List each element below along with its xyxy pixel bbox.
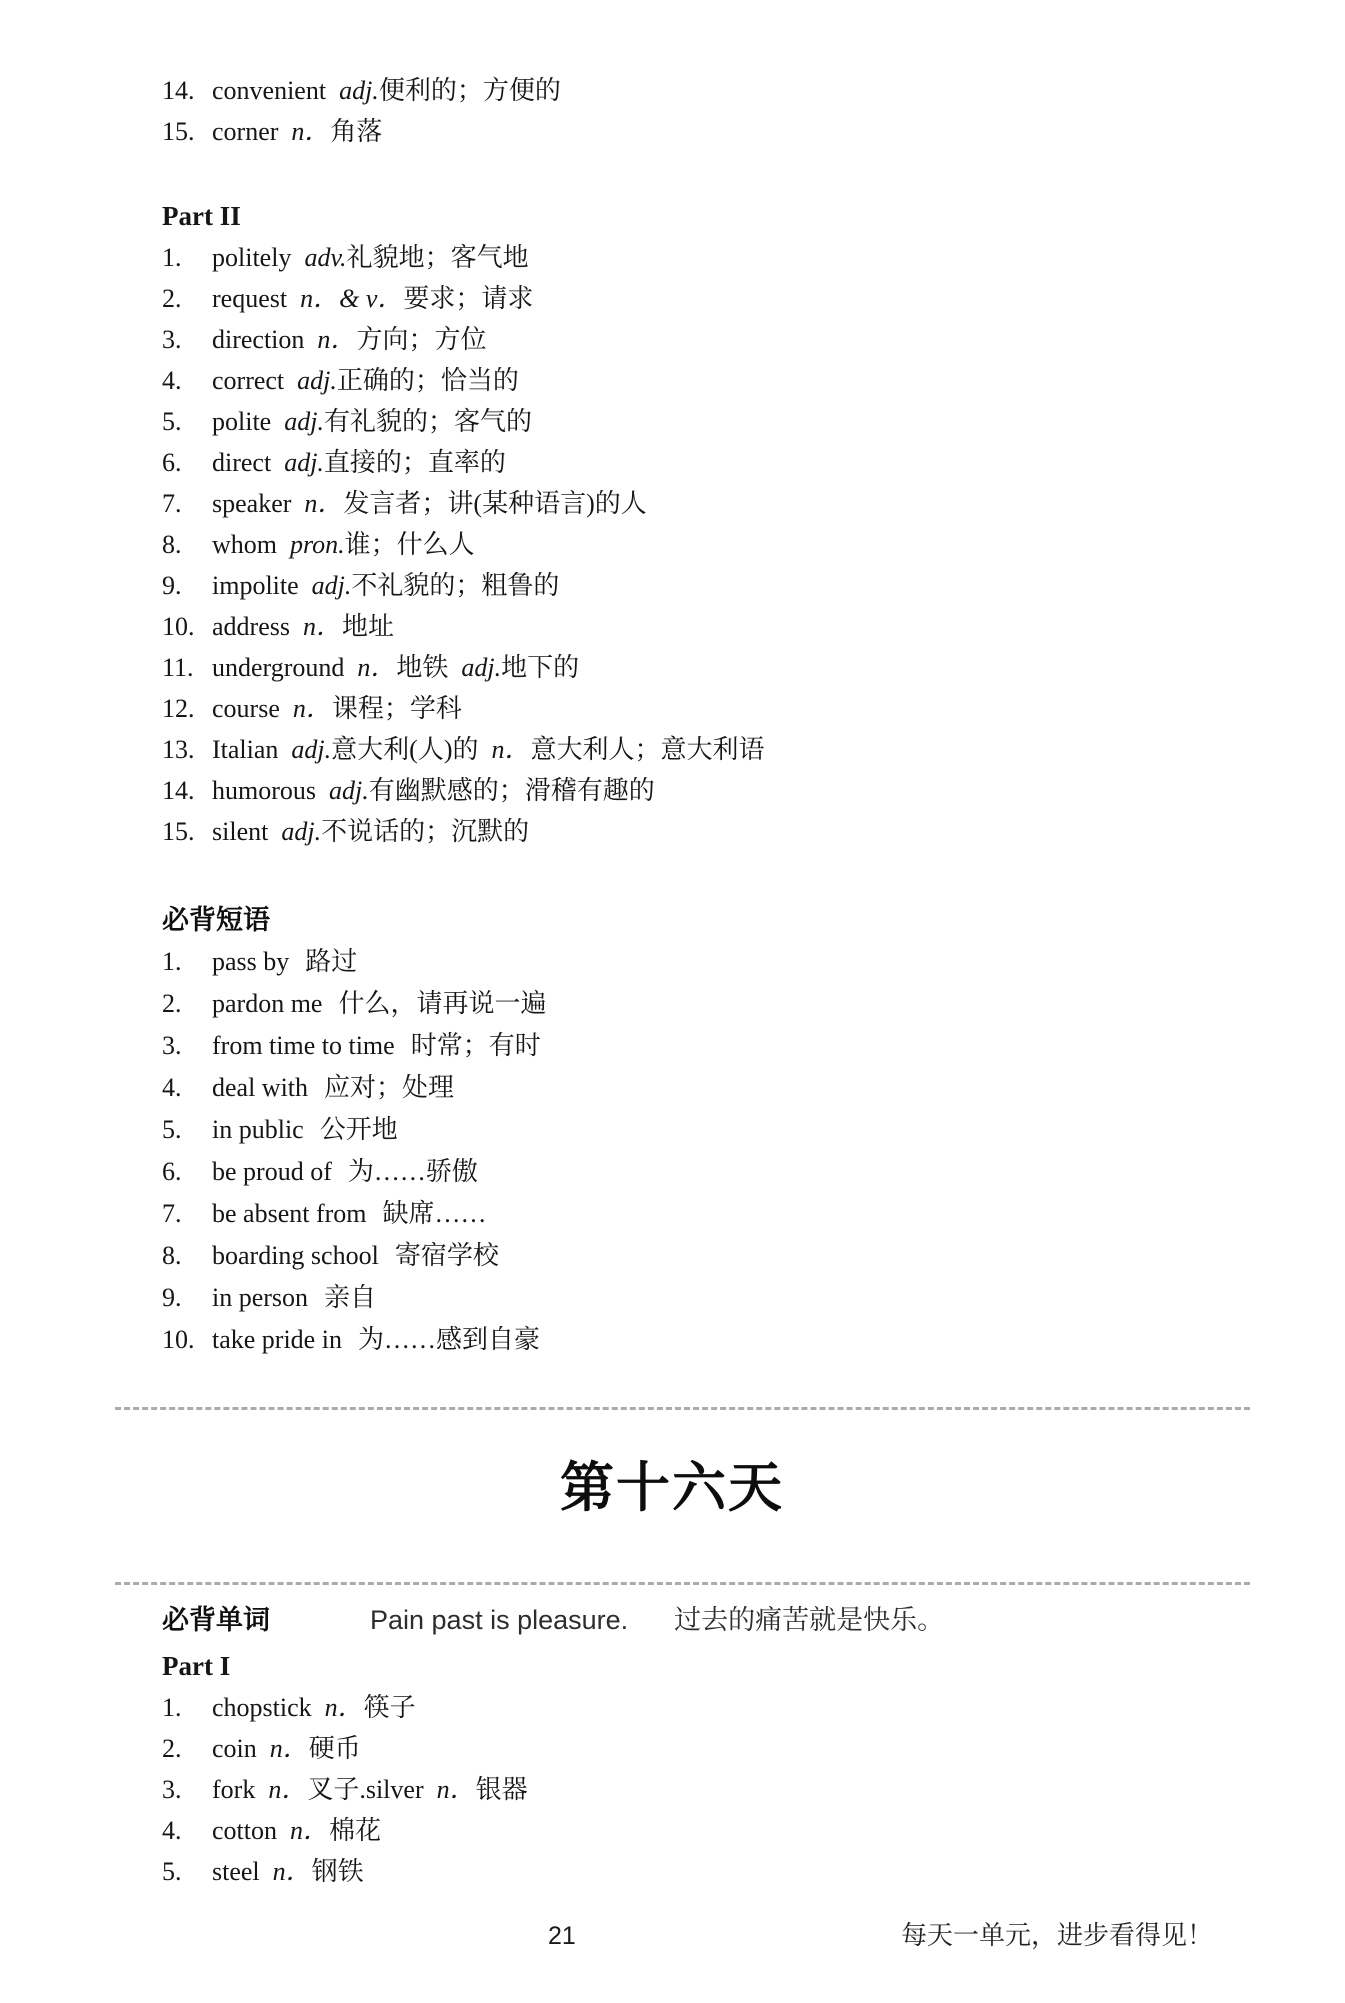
definition: 钢铁 (312, 1857, 364, 1886)
page-content: 14.convenientadj.便利的；方便的15.cornern．角落 Pa… (162, 70, 1282, 1892)
item-number: 9. (162, 565, 212, 606)
entry-word: fork (212, 1775, 255, 1804)
item-number: 5. (162, 1109, 212, 1151)
vocab-item: 5.politeadj.有礼貌的；客气的 (162, 401, 1282, 442)
item-number: 10. (162, 606, 212, 647)
phrase-item: 5.in public公开地 (162, 1109, 1282, 1151)
entry-word: humorous (212, 776, 316, 805)
definition: 有礼貌的；客气的 (324, 407, 532, 436)
part2-heading: Part II (162, 196, 1282, 237)
part-of-speech: n． (270, 1734, 309, 1763)
part-of-speech: n． (325, 1693, 364, 1722)
vocab-item: 8.whompron.谁；什么人 (162, 524, 1282, 565)
item-number: 2. (162, 278, 212, 319)
definition: 便利的；方便的 (379, 76, 561, 105)
vocab-item: 2.coinn．硬币 (162, 1728, 1282, 1769)
item-number: 3. (162, 1025, 212, 1067)
item-number: 2. (162, 1728, 212, 1769)
part-of-speech: adj. (284, 448, 324, 477)
motto-english: Pain past is pleasure. (370, 1605, 628, 1636)
definition: 时常；有时 (411, 1031, 541, 1060)
part-of-speech: adj. (281, 817, 321, 846)
entry-word: from time to time (212, 1031, 395, 1060)
part1-word-list: 1.chopstickn．筷子2.coinn．硬币3.forkn．叉子.silv… (162, 1687, 1282, 1892)
entry-word: chopstick (212, 1693, 312, 1722)
entry-word: impolite (212, 571, 299, 600)
vocab-item: 4.correctadj.正确的；恰当的 (162, 360, 1282, 401)
item-number: 15. (162, 811, 212, 852)
vocab-item: 13.Italianadj.意大利(人)的n．意大利人；意大利语 (162, 729, 1282, 770)
phrase-item: 9.in person亲自 (162, 1277, 1282, 1319)
part-of-speech: adj. (284, 407, 324, 436)
definition: 方向；方位 (356, 325, 486, 354)
definition: 正确的；恰当的 (337, 366, 519, 395)
phrases-list: 1.pass by路过2.pardon me什么，请再说一遍3.from tim… (162, 941, 1282, 1361)
item-number: 12. (162, 688, 212, 729)
motto-chinese: 过去的痛苦就是快乐。 (674, 1598, 944, 1637)
phrase-item: 7.be absent from缺席…… (162, 1193, 1282, 1235)
entry-word: cotton (212, 1816, 277, 1845)
vocab-item: 14.convenientadj.便利的；方便的 (162, 70, 1282, 111)
item-number: 15. (162, 111, 212, 152)
item-number: 7. (162, 483, 212, 524)
vocab-item: 7.speakern．发言者；讲(某种语言)的人 (162, 483, 1282, 524)
document-page: { "colors": { "text": "#161616", "divide… (0, 0, 1345, 2003)
phrases-heading: 必背短语 (162, 900, 1282, 941)
dashed-divider-bottom (115, 1582, 1250, 1585)
part1-heading: Part I (162, 1646, 1282, 1687)
item-number: 13. (162, 729, 212, 770)
item-number: 6. (162, 1151, 212, 1193)
phrase-item: 6.be proud of为……骄傲 (162, 1151, 1282, 1193)
item-number: 10. (162, 1319, 212, 1361)
entry-word: pass by (212, 947, 289, 976)
entry-word: be proud of (212, 1157, 332, 1186)
definition: 地铁 (396, 653, 448, 682)
entry-word: whom (212, 530, 277, 559)
phrase-item: 4.deal with应对；处理 (162, 1067, 1282, 1109)
part-of-speech: adj. (339, 76, 379, 105)
part-of-speech: adj. (312, 571, 352, 600)
definition: 礼貌地；客气地 (347, 243, 529, 272)
dashed-divider-top (115, 1407, 1250, 1410)
item-number: 7. (162, 1193, 212, 1235)
definition: 课程；学科 (332, 694, 462, 723)
item-number: 2. (162, 983, 212, 1025)
part-of-speech: pron. (290, 530, 345, 559)
phrase-item: 1.pass by路过 (162, 941, 1282, 983)
part-of-speech: n． (290, 1816, 329, 1845)
phrase-item: 3.from time to time时常；有时 (162, 1025, 1282, 1067)
entry-word: direct (212, 448, 271, 477)
vocab-item: 2.requestn．& v．要求；请求 (162, 278, 1282, 319)
part-of-speech: n． (303, 612, 342, 641)
part-of-speech: n． (304, 489, 343, 518)
part-of-speech: adj. (329, 776, 369, 805)
entry-word: address (212, 612, 290, 641)
definition: 角落 (330, 117, 382, 146)
part-of-speech: n． (291, 117, 330, 146)
entry-word: underground (212, 653, 344, 682)
part-of-speech: n． (293, 694, 332, 723)
entry-word: course (212, 694, 280, 723)
vocab-item: 15.silentadj.不说话的；沉默的 (162, 811, 1282, 852)
part-of-speech: adj. (297, 366, 337, 395)
day-title: 第十六天 (162, 1452, 1182, 1524)
definition: 叉子.silver (307, 1775, 423, 1804)
item-number: 6. (162, 442, 212, 483)
entry-word: deal with (212, 1073, 308, 1102)
part2-word-list: 1.politelyadv.礼貌地；客气地2.requestn．& v．要求；请… (162, 237, 1282, 852)
part-of-speech: n． (268, 1775, 307, 1804)
definition: 有幽默感的；滑稽有趣的 (369, 776, 655, 805)
part-of-speech: n． (317, 325, 356, 354)
definition: 发言者；讲(某种语言)的人 (343, 489, 646, 518)
part-of-speech: adj. (291, 735, 331, 764)
definition: 地下的 (501, 653, 579, 682)
vocab-item: 10.addressn．地址 (162, 606, 1282, 647)
item-number: 4. (162, 1810, 212, 1851)
words-heading-row: 必背单词Pain past is pleasure.过去的痛苦就是快乐。 (162, 1598, 1282, 1634)
item-number: 4. (162, 1067, 212, 1109)
item-number: 4. (162, 360, 212, 401)
vocab-item: 4.cottonn．棉花 (162, 1810, 1282, 1851)
definition: 应对；处理 (324, 1073, 454, 1102)
item-number: 1. (162, 237, 212, 278)
definition: 亲自 (324, 1283, 376, 1312)
item-number: 11. (162, 647, 212, 688)
item-number: 3. (162, 319, 212, 360)
definition: 路过 (305, 947, 357, 976)
entry-word: politely (212, 243, 291, 272)
footer-slogan: 每天一单元，进步看得见！ (901, 1915, 1213, 1952)
part-of-speech: n． (273, 1857, 312, 1886)
definition: 什么，请再说一遍 (338, 989, 546, 1018)
entry-word: in public (212, 1115, 304, 1144)
entry-word: silent (212, 817, 268, 846)
part-of-speech: n． (437, 1775, 476, 1804)
vocab-item: 1.chopstickn．筷子 (162, 1687, 1282, 1728)
entry-word: Italian (212, 735, 278, 764)
part-of-speech: adv. (304, 243, 346, 272)
phrase-item: 8.boarding school寄宿学校 (162, 1235, 1282, 1277)
entry-word: in person (212, 1283, 308, 1312)
item-number: 8. (162, 524, 212, 565)
item-number: 3. (162, 1769, 212, 1810)
entry-word: take pride in (212, 1325, 342, 1354)
definition: 寄宿学校 (395, 1241, 499, 1270)
vocab-item: 5.steeln．钢铁 (162, 1851, 1282, 1892)
definition: 棉花 (329, 1816, 381, 1845)
item-number: 1. (162, 941, 212, 983)
part-of-speech: n． (491, 735, 530, 764)
vocab-item: 15.cornern．角落 (162, 111, 1282, 152)
definition: 为……骄傲 (348, 1157, 478, 1186)
definition: 不说话的；沉默的 (321, 817, 529, 846)
definition: 为……感到自豪 (358, 1325, 540, 1354)
vocab-item: 14.humorousadj.有幽默感的；滑稽有趣的 (162, 770, 1282, 811)
part-of-speech: n．& v． (300, 284, 403, 313)
entry-word: convenient (212, 76, 326, 105)
phrase-item: 10.take pride in为……感到自豪 (162, 1319, 1282, 1361)
item-number: 5. (162, 1851, 212, 1892)
vocab-item: 1.politelyadv.礼貌地；客气地 (162, 237, 1282, 278)
definition: 缺席…… (383, 1199, 487, 1228)
part-of-speech: adj. (461, 653, 501, 682)
entry-word: coin (212, 1734, 257, 1763)
entry-word: pardon me (212, 989, 322, 1018)
definition: 要求；请求 (403, 284, 533, 313)
entry-word: be absent from (212, 1199, 367, 1228)
entry-word: boarding school (212, 1241, 379, 1270)
item-number: 14. (162, 770, 212, 811)
vocab-item: 3.forkn．叉子.silvern．银器 (162, 1769, 1282, 1810)
entry-word: direction (212, 325, 304, 354)
definition: 意大利人；意大利语 (531, 735, 765, 764)
item-number: 8. (162, 1235, 212, 1277)
phrase-item: 2.pardon me什么，请再说一遍 (162, 983, 1282, 1025)
entry-word: corner (212, 117, 278, 146)
vocab-item: 11.undergroundn．地铁adj.地下的 (162, 647, 1282, 688)
definition: 意大利(人)的 (331, 735, 478, 764)
vocab-item: 3.directionn．方向；方位 (162, 319, 1282, 360)
item-number: 9. (162, 1277, 212, 1319)
item-number: 14. (162, 70, 212, 111)
definition: 地址 (342, 612, 394, 641)
part-of-speech: n． (357, 653, 396, 682)
entry-word: request (212, 284, 287, 313)
entry-word: polite (212, 407, 271, 436)
vocab-item: 9.impoliteadj.不礼貌的；粗鲁的 (162, 565, 1282, 606)
entry-word: correct (212, 366, 284, 395)
definition: 筷子 (364, 1693, 416, 1722)
vocab-item: 12.coursen．课程；学科 (162, 688, 1282, 729)
definition: 公开地 (320, 1115, 398, 1144)
item-number: 5. (162, 401, 212, 442)
page-number: 21 (548, 1922, 576, 1951)
entry-word: steel (212, 1857, 260, 1886)
words-heading: 必背单词 (162, 1600, 270, 1641)
previous-part-tail-list: 14.convenientadj.便利的；方便的15.cornern．角落 (162, 70, 1282, 152)
entry-word: speaker (212, 489, 291, 518)
vocab-item: 6.directadj.直接的；直率的 (162, 442, 1282, 483)
definition: 直接的；直率的 (324, 448, 506, 477)
definition: 谁；什么人 (345, 530, 475, 559)
definition: 硬币 (309, 1734, 361, 1763)
definition: 银器 (476, 1775, 528, 1804)
definition: 不礼貌的；粗鲁的 (351, 571, 559, 600)
item-number: 1. (162, 1687, 212, 1728)
